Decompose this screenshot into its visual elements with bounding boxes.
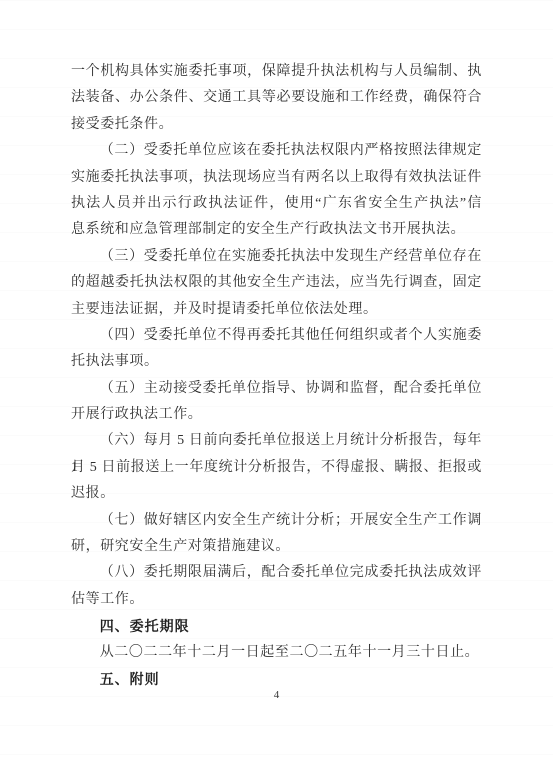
text-block: 一个机构具体实施委托事项，保障提升执法机构与人员编制、执 法装备、办公条件、交通…	[71, 59, 482, 692]
doc-line: （六）每月 5 日前向委托单位报送上月统计分析报告，每年 1	[71, 428, 482, 454]
doc-line: 估等工作。	[71, 587, 482, 613]
document-page: 一个机构具体实施委托事项，保障提升执法机构与人员编制、执 法装备、办公条件、交通…	[0, 0, 553, 781]
doc-line: 研，研究安全生产对策措施建议。	[71, 534, 482, 560]
doc-line: 执法人员并出示行政执法证件，使用“广东省安全生产执法”信	[71, 191, 482, 217]
doc-line: 法装备、办公条件、交通工具等必要设施和工作经费，确保符合	[71, 85, 482, 111]
doc-line-entrustment-dates: 从二〇二二年十二月一日起至二〇二五年十一月三十日止。	[71, 640, 482, 666]
doc-line: （五）主动接受委托单位指导、协调和监督，配合委托单位	[71, 376, 482, 402]
doc-line: 的超越委托执法权限的其他安全生产违法，应当先行调查，固定	[71, 270, 482, 296]
doc-line: （三）受委托单位在实施委托执法中发现生产经营单位存在	[71, 244, 482, 270]
doc-line: （七）做好辖区内安全生产统计分析；开展安全生产工作调	[71, 508, 482, 534]
doc-line: 主要违法证据，并及时提请委托单位依法处理。	[71, 297, 482, 323]
doc-line: 月 5 日前报送上一年度统计分析报告，不得虚报、瞒报、拒报或	[71, 455, 482, 481]
doc-line: 托执法事项。	[71, 349, 482, 375]
doc-line: 开展行政执法工作。	[71, 402, 482, 428]
doc-line: 实施委托执法事项，执法现场应当有两名以上取得有效执法证件	[71, 165, 482, 191]
page-number: 4	[0, 689, 553, 701]
doc-line: （二）受委托单位应该在委托执法权限内严格按照法律规定	[71, 138, 482, 164]
doc-line: 接受委托条件。	[71, 112, 482, 138]
doc-line: （八）委托期限届满后，配合委托单位完成委托执法成效评	[71, 560, 482, 586]
doc-line: 息系统和应急管理部制定的安全生产行政执法文书开展执法。	[71, 217, 482, 243]
doc-line: 迟报。	[71, 481, 482, 507]
section-heading-entrustment-period: 四、委托期限	[71, 613, 482, 639]
doc-line: 一个机构具体实施委托事项，保障提升执法机构与人员编制、执	[71, 59, 482, 85]
doc-line: （四）受委托单位不得再委托其他任何组织或者个人实施委	[71, 323, 482, 349]
